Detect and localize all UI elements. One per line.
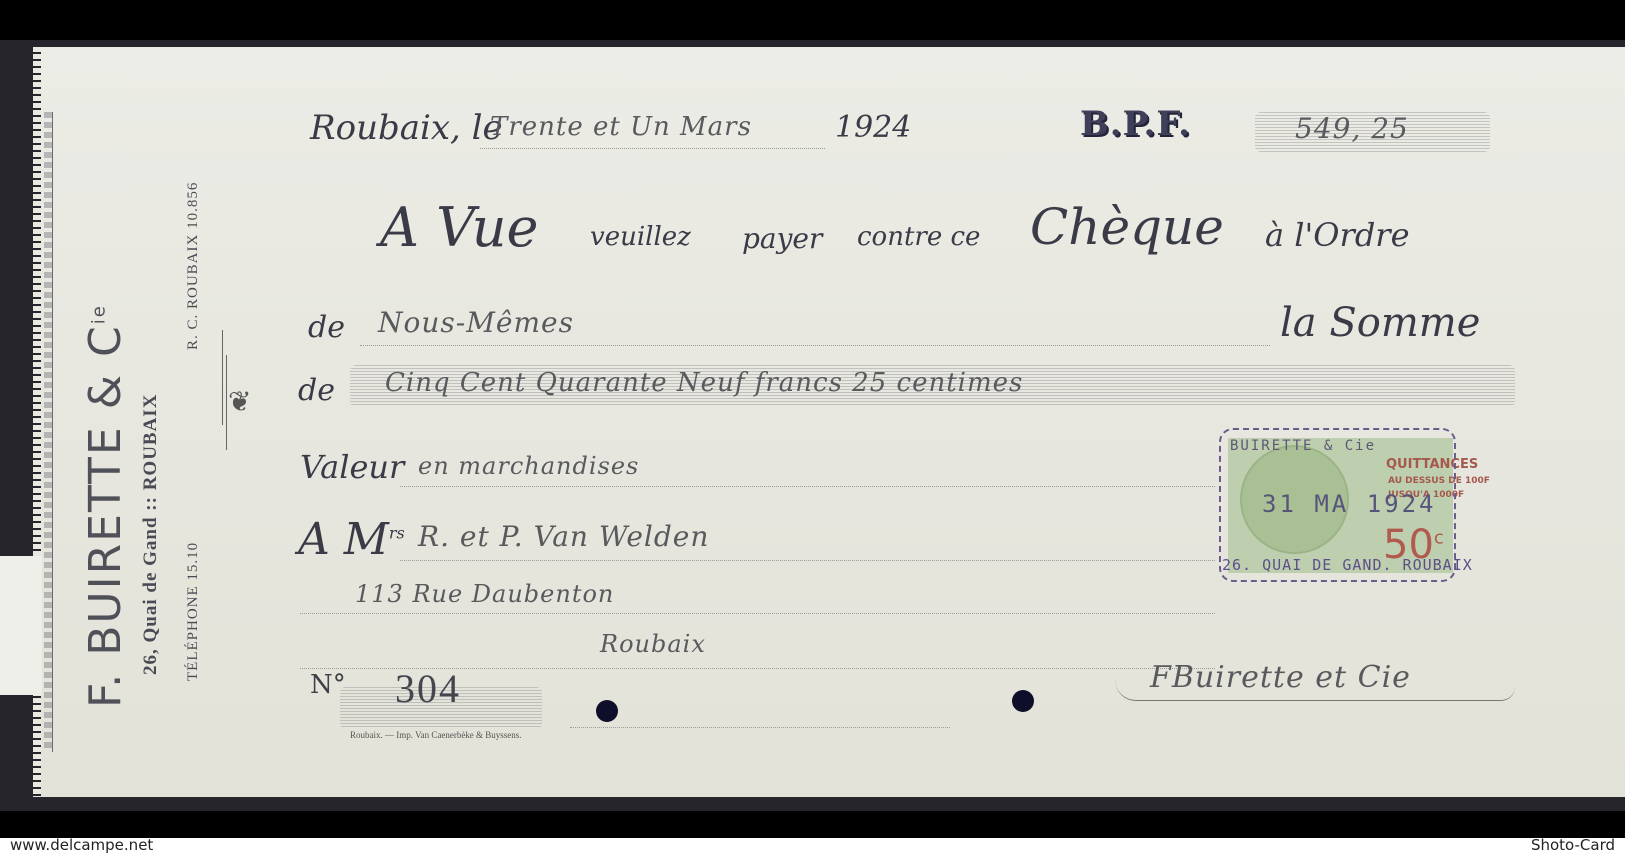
amount-words-handwritten: Cinq Cent Quarante Neuf francs 25 centim… [385, 368, 1023, 398]
drawee-name-handwritten: R. et P. Van Welden [418, 520, 709, 553]
printer-imprint: Roubaix. — Imp. Van Caenerbèke & Buyssen… [350, 730, 522, 740]
payee-line [360, 345, 1270, 346]
signature-flourish [1115, 680, 1515, 701]
watermark-left: www.delcampe.net [10, 836, 153, 854]
watermark-bar: www.delcampe.net Shoto-Card [0, 838, 1625, 856]
stamp-cancel-bottom: 26. QUAI DE GAND. ROUBAIX [1222, 556, 1473, 574]
payee-handwritten: Nous-Mêmes [378, 306, 574, 339]
year: 1924 [835, 110, 911, 145]
company-registry: R. C. ROUBAIX 10.856 [185, 182, 202, 350]
date-line [480, 148, 825, 149]
punch-hole-left [596, 700, 618, 722]
stub-rule-top [222, 330, 223, 425]
valeur-handwritten: en marchandises [418, 452, 639, 480]
paper-tab [0, 556, 42, 695]
date-handwritten: Trente et Un Mars [490, 112, 752, 142]
valeur-line [400, 486, 1215, 487]
drawee-prefix: A Mrs [298, 514, 405, 565]
number-line [570, 727, 950, 728]
stub-ornamental-border [44, 112, 52, 752]
drawee-city-handwritten: Roubaix [600, 630, 706, 658]
ordre-label: à l'Ordre [1265, 216, 1410, 254]
punch-hole-right [1012, 690, 1034, 712]
watermark-right: Shoto-Card [1531, 836, 1615, 854]
stub-divider-line [52, 112, 53, 752]
somme-label: la Somme [1280, 300, 1480, 346]
currency-label: B.P.F. [1080, 104, 1191, 144]
valeur-label: Valeur [300, 448, 404, 486]
veuillez-label: veuillez [590, 222, 691, 252]
cheque-number: 304 [395, 665, 461, 712]
drawee-address-handwritten: 113 Rue Daubenton [355, 580, 614, 608]
stub-rule-bottom [226, 355, 227, 450]
a-vue-label: A Vue [380, 196, 538, 259]
contre-ce-label: contre ce [857, 222, 980, 252]
amount-prefix: de [298, 373, 335, 408]
place-label: Roubaix, le [310, 108, 503, 148]
flourish-ornament-icon: ❦ [228, 385, 251, 418]
cheque-label: Chèque [1030, 198, 1224, 256]
company-address: 26, Quai de Gand :: ROUBAIX [140, 394, 162, 675]
drawee-name-line [400, 560, 1215, 561]
payer-label: payer [742, 222, 822, 255]
amount-figures: 549, 25 [1295, 112, 1409, 145]
drawee-address-line [300, 613, 1215, 614]
payee-prefix: de [308, 310, 345, 345]
company-telephone: TÉLÉPHONE 15.10 [185, 542, 202, 681]
company-name: F. BUIRETTE & Cie [80, 304, 131, 708]
